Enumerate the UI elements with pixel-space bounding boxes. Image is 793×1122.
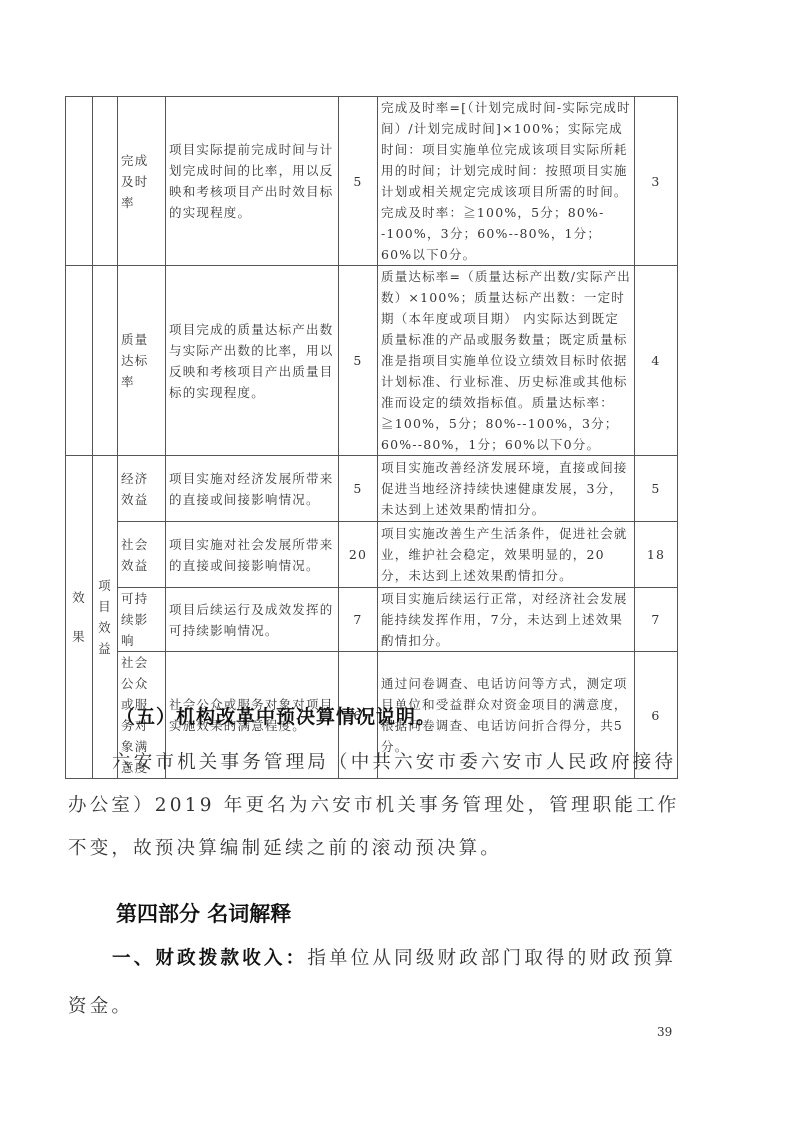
score-cell: 7 [339,588,378,652]
explanation-cell: 项目实施对社会发展所带来的直接或间接影响情况。 [166,522,339,588]
level1-cell-empty [66,266,93,456]
explanation-cell: 项目后续运行及成效发挥的可持续影响情况。 [166,588,339,652]
page-number: 39 [657,1025,672,1039]
document-page: 完成及时率 项目实际提前完成时间与计划完成时间的比率，用以反映和考核项目产出时效… [0,0,793,1122]
table-row: 效 果 项 目 效 益 经济效益 项目实施对经济发展所带来的直接或间接影响情况。… [66,456,678,522]
score-cell: 5 [339,456,378,522]
level2-project-benefit-cell: 项 目 效 益 [93,456,118,779]
definition-term: 一、财政拨款收入： [112,948,307,969]
section-heading: （五）机构改革中预决算情况说明。 [116,702,436,729]
got-score-cell: 18 [635,522,678,588]
performance-evaluation-table: 完成及时率 项目实际提前完成时间与计划完成时间的比率，用以反映和考核项目产出时效… [65,96,678,779]
table-row: 可持续影响 项目后续运行及成效发挥的可持续影响情况。 7 项目实施后续运行正常，… [66,588,678,652]
table-row: 完成及时率 项目实际提前完成时间与计划完成时间的比率，用以反映和考核项目产出时效… [66,97,678,266]
standard-cell: 项目实施改善生产生活条件，促进社会就业，维护社会稳定，效果明显的，20分，未达到… [378,522,635,588]
indicator-cell: 完成及时率 [118,97,166,266]
level1-cell-empty [66,97,93,266]
explanation-cell: 项目完成的质量达标产出数与实际产出数的比率，用以反映和考核项目产出质量目标的实现… [166,266,339,456]
table-row: 质量达标率 项目完成的质量达标产出数与实际产出数的比率，用以反映和考核项目产出质… [66,266,678,456]
level1-char: 效 [69,587,89,608]
level2-char: 目 [96,596,114,617]
standard-cell: 项目实施改善经济发展环境，直接或间接促进当地经济持续快速健康发展，3分，未达到上… [378,456,635,522]
explanation-cell: 项目实施对经济发展所带来的直接或间接影响情况。 [166,456,339,522]
level1-effect-cell: 效 果 [66,456,93,779]
level2-cell-empty [93,266,118,456]
level2-char: 项 [96,575,114,596]
section-paragraph: 六安市机关事务管理局（中共六安市委六安市人民政府接待办公室）2019 年更名为六… [68,741,680,870]
level2-char: 效 [96,617,114,638]
indicator-cell: 可持续影响 [118,588,166,652]
standard-cell: 项目实施后续运行正常，对经济社会发展能持续发挥作用，7分，未达到上述效果酌情扣分… [378,588,635,652]
level2-cell-empty [93,97,118,266]
got-score-cell: 3 [635,97,678,266]
score-cell: 5 [339,97,378,266]
explanation-cell: 项目实际提前完成时间与计划完成时间的比率，用以反映和考核项目产出时效目标的实现程… [166,97,339,266]
level2-char: 益 [96,638,114,659]
table-row: 社会效益 项目实施对社会发展所带来的直接或间接影响情况。 20 项目实施改善生产… [66,522,678,588]
indicator-cell: 质量达标率 [118,266,166,456]
got-score-cell: 7 [635,588,678,652]
indicator-cell: 经济效益 [118,456,166,522]
score-cell: 5 [339,266,378,456]
score-cell: 20 [339,522,378,588]
indicator-cell: 社会效益 [118,522,166,588]
got-score-cell: 5 [635,456,678,522]
part-heading: 第四部分 名词解释 [116,898,291,928]
level1-char: 果 [69,626,89,647]
got-score-cell: 4 [635,266,678,456]
definition-paragraph: 一、财政拨款收入：指单位从同级财政部门取得的财政预算资金。 [68,935,680,1031]
standard-cell: 质量达标率=（质量达标产出数/实际产出数）×100%；质量达标产出数：一定时期（… [378,266,635,456]
standard-cell: 完成及时率=[（计划完成时间-实际完成时间）/计划完成时间]×100%；实际完成… [378,97,635,266]
